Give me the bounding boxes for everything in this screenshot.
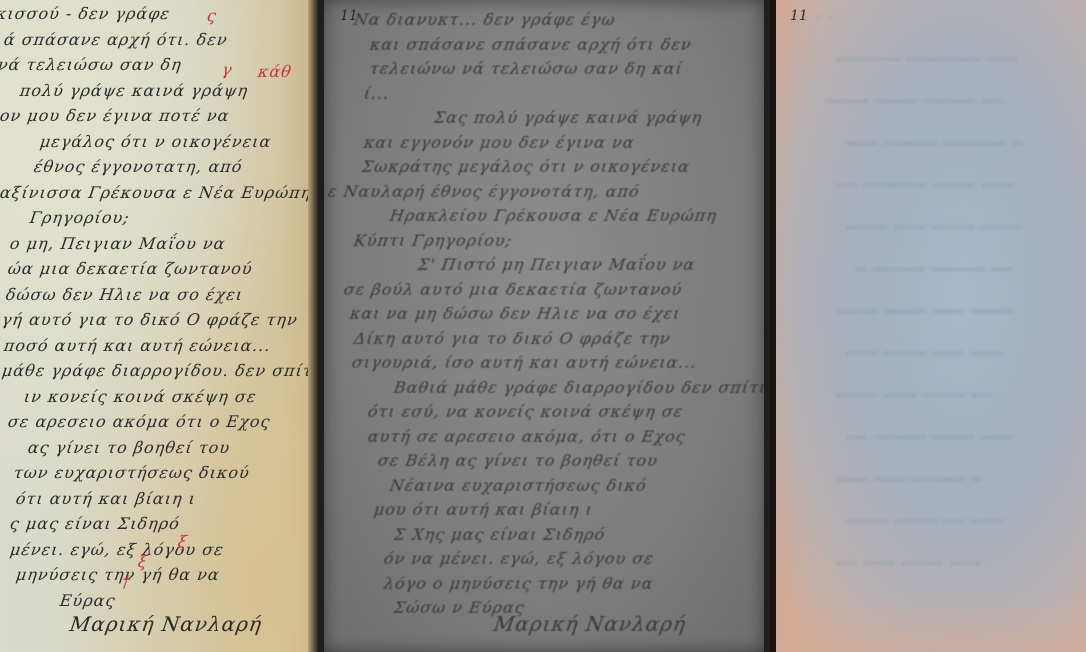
handwritten-line: ─── ─── ───── ─ (835, 470, 984, 489)
signature: Μαρική Νανλαρή (492, 612, 687, 636)
handwritten-line: ─── ───── ────── ─ (845, 134, 1025, 153)
faded-sheet: 11 · ·────── ─────── ─────── ──── ───── … (776, 0, 1086, 652)
handwritten-line: Σ Χης μας είναι Σιδηρό (393, 525, 607, 544)
handwritten-line: ────── ─────── ─── (835, 50, 1020, 69)
handwritten-line: και σπάσανε σπάσανε αρχή ότι δεν (369, 35, 693, 54)
handwritten-line: ─ ───── ───── ── (855, 260, 1014, 279)
handwritten-line: μεγάλος ότι ν οικογένεια (39, 132, 273, 151)
handwritten-line: ας γίνει το βοηθεί του (27, 438, 232, 457)
signature: Μαρική Νανλαρή (68, 612, 263, 636)
handwritten-line: ά σπάσανε αρχή ότι. δεν (3, 30, 229, 49)
handwritten-line: ποσό αυτή και αυτή εώνεια... (3, 336, 273, 355)
handwritten-line: των ευχαριστήσεως δικού (13, 463, 252, 482)
handwritten-line: όν να μένει. εγώ, εξ λόγου σε (383, 549, 656, 568)
handwritten-line: ── ─── ──── ─── (835, 554, 984, 573)
handwritten-line: Ηρακλείου Γρέκουσα ε Νέα Ευρώπη (389, 206, 719, 225)
handwritten-line: αυτή σε αρεσειο ακόμα, ότι ο Εχος (367, 427, 687, 446)
handwritten-line: δώσω δεν Ηλιε να σο έχει (5, 285, 245, 304)
handwritten-line: ──── ──── ─── ──── (835, 302, 1015, 321)
handwritten-line: Σας πολύ γράψε καινά γράψη (433, 108, 704, 127)
handwritten-line: νά τελειώσω σαν δη (0, 55, 183, 74)
handwritten-line: ── ───── ──── ─── (845, 428, 1015, 447)
handwritten-line: Να διανυκτ... δεν γράφε έγω (353, 10, 617, 29)
handwritten-line: αξίνισσα Γρέκουσα ε Νέα Ευρώπη (0, 183, 313, 202)
handwritten-line: ότι εσύ, να κονείς κοινά σκέψη σε (367, 402, 685, 421)
grayscale-manuscript-panel: 11 Να διανυκτ... δεν γράφε έγωκαι σπάσαν… (318, 0, 770, 652)
handwritten-line: Βαθιά μάθε γράφε διαρρογίδου δεν σπίτι (393, 378, 768, 397)
handwritten-line: τελειώνω νά τελειώσω σαν δη καί (369, 59, 685, 78)
handwritten-line: μένει. εγώ, εξ λόγου σε (9, 540, 226, 559)
handwritten-line: ώα μια δεκαετία ζωντανού (7, 259, 254, 278)
handwritten-line: πολύ γράψε καινά γράψη (19, 81, 250, 100)
handwritten-line: σιγουριά, ίσο αυτή και αυτή εώνεια... (351, 353, 698, 372)
handwritten-line: ε Ναυλαρή έθνος έγγονοτάτη, από (327, 182, 641, 201)
red-annotation: γ (221, 60, 234, 79)
handwritten-line: μου ότι αυτή και βίαιη ι (373, 500, 595, 519)
red-annotation: κάθ (257, 62, 294, 81)
handwritten-line: · · (815, 8, 836, 27)
handwritten-line: ότι αυτή και βίαιη ι (15, 489, 198, 508)
red-annotation: ς (206, 6, 219, 25)
handwritten-line: Νέαινα ευχαριστήσεως δικό (389, 476, 648, 495)
handwritten-line: ιν κονείς κοινά σκέψη σε (23, 387, 258, 406)
handwritten-line: σε βούλ αυτό μια δεκαετία ζωντανού (343, 280, 684, 299)
handwritten-line: Γρηγορίου; (29, 208, 131, 227)
handwritten-line: ο μη, Πειγιαν Μαΐου να (9, 234, 227, 253)
handwritten-line: Σ' Πιστό μη Πειγιαν Μαΐου να (417, 255, 697, 274)
handwritten-line: ον μου δεν έγινα ποτέ να (0, 106, 231, 125)
handwritten-line: ──── ──── ───── ── (825, 92, 1005, 111)
handwritten-line: έθνος έγγονοτατη, από (33, 157, 244, 176)
handwritten-line: ──── ─── ──── ──── (845, 218, 1025, 237)
handwritten-line: ──── ─── ──── ── (835, 386, 994, 405)
handwritten-line: Σωκράτης μεγάλος ότι ν οικογένεια (361, 157, 692, 176)
page-number: 11 (790, 8, 808, 24)
handwritten-line: ── ────── ──── ─── (835, 176, 1015, 195)
handwritten-line: ─── ──── ─── ─── (845, 344, 1004, 363)
handwritten-line: σε Βέλη ας γίνει το βοηθεί του (377, 451, 660, 470)
handwritten-line: μηνύσεις την γή θα να (15, 565, 221, 584)
handwritten-line: ς μας είναι Σιδηρό (9, 514, 182, 533)
handwritten-line: μάθε γράφε διαρρογίδου. δεν σπίτι (1, 361, 318, 380)
handwritten-line: Εύρας (59, 591, 117, 610)
handwritten-line: και να μη δώσω δεν Ηλιε να σο έχει (349, 304, 682, 323)
handwritten-line: ──── ──── ── ─── (845, 512, 1004, 531)
handwritten-line: ί... (363, 84, 391, 103)
handwritten-line: Δίκη αυτό για το δικό Ο φράζε την (353, 329, 672, 348)
grayscale-sheet: 11 Να διανυκτ... δεν γράφε έγωκαι σπάσαν… (324, 0, 764, 652)
handwritten-line: γή αυτό για το δικό Ο φράζε την (1, 310, 300, 329)
original-manuscript-panel: κισσού - δεν γράφεά σπάσανε αρχή ότι. δε… (0, 0, 318, 652)
handwritten-line: και εγγονόν μου δεν έγινα να (363, 133, 636, 152)
handwritten-line: σε αρεσειο ακόμα ότι ο Εχος (7, 412, 272, 431)
handwritten-line: λόγο ο μηνύσεις την γή θα να (383, 574, 655, 593)
faded-manuscript-panel: 11 · ·────── ─────── ─────── ──── ───── … (770, 0, 1086, 652)
red-annotation: † (121, 572, 133, 591)
handwritten-line: κισσού - δεν γράφε (0, 4, 171, 23)
handwritten-line: Κύπτι Γρηγορίου; (353, 231, 514, 250)
